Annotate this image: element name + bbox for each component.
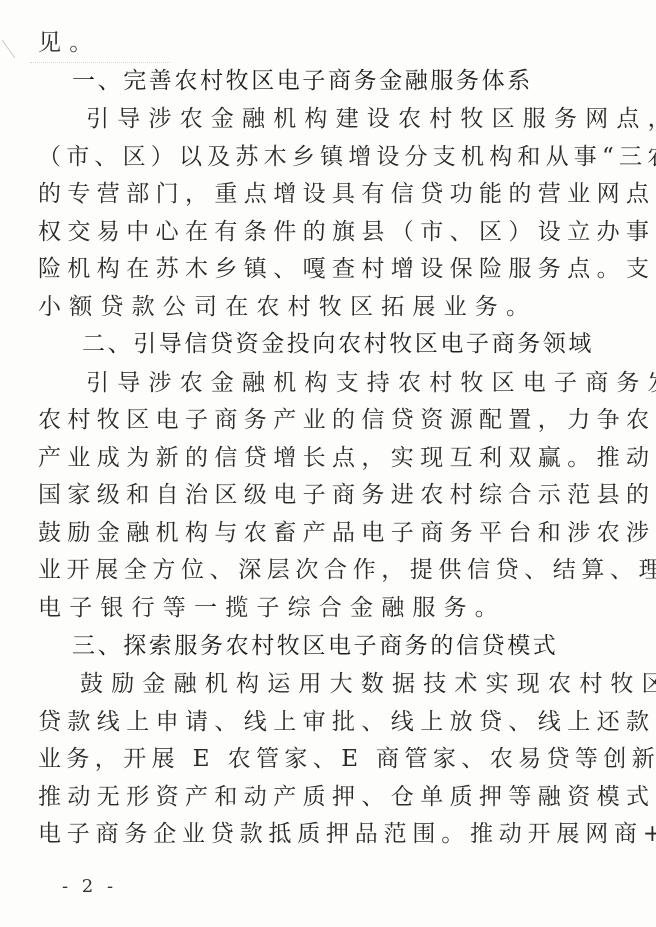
section-heading-3: 三、探索服务农村牧区电子商务的信贷模式 — [72, 631, 558, 661]
paragraph-line: 业开展全方位、深层次合作，提供信贷、结算、理财、POS 收单、 — [38, 555, 638, 585]
paragraph-line: 鼓励金融机构运用大数据技术实现农村牧区电子商务企业 — [80, 669, 632, 699]
paragraph-line: 电子银行等一揽子综合金融服务。 — [38, 593, 638, 623]
paragraph-line: 鼓励金融机构与农畜产品电子商务平台和涉农涉牧电子商务企 — [38, 518, 638, 548]
paragraph-line: 贷款线上申请、线上审批、线上放贷、线上还款，拓展信用贷款 — [38, 707, 638, 737]
paragraph-line: （市、区）以及苏木乡镇增设分支机构和从事“三农三牧”服务 — [38, 142, 638, 172]
paragraph-line: 引导涉农金融机构支持农村牧区电子商务发展，逐步加大对 — [86, 368, 638, 398]
page-number: - 2 - — [62, 875, 117, 899]
paragraph-line: 权交易中心在有条件的旗县（市、区）设立办事处。加快推进保 — [38, 217, 638, 247]
scan-artifact-line — [30, 62, 170, 63]
paragraph-line: 农村牧区电子商务产业的信贷资源配置，力争农村牧区电子商务 — [38, 405, 638, 435]
continuation-text: 见。 — [38, 28, 638, 58]
paragraph-line: 国家级和自治区级电子商务进农村综合示范县的金融服务力度。 — [38, 480, 638, 510]
paragraph-line: 小额贷款公司在农村牧区拓展业务。 — [38, 292, 638, 322]
paragraph-line: 的专营部门，重点增设具有信贷功能的营业网点。支持内蒙古股 — [38, 179, 638, 209]
paragraph-line: 引导涉农金融机构建设农村牧区服务网点，在有条件的旗县 — [86, 104, 638, 134]
paragraph-line: 电子商务企业贷款抵质押品范围。推动开展网商+平台、网商+实 — [38, 819, 638, 849]
paragraph-line: 业务，开展 E 农管家、E 商管家、农易贷等创新金融产品，积极 — [38, 744, 638, 774]
scan-artifact-mark — [2, 40, 15, 59]
paragraph-line: 险机构在苏木乡镇、嘎查村增设保险服务点。支持融资担保公司、 — [38, 254, 638, 284]
section-heading-2: 二、引导信贷资金投向农村牧区电子商务领域 — [82, 329, 594, 359]
document-page: 见。 一、完善农村牧区电子商务金融服务体系 引导涉农金融机构建设农村牧区服务网点… — [0, 0, 656, 927]
paragraph-line: 推动无形资产和动产质押、仓单质押等融资模式，扩大涉农涉牧 — [38, 782, 638, 812]
paragraph-line: 产业成为新的信贷增长点，实现互利双赢。推动金融机构加大对 — [38, 443, 638, 473]
section-heading-1: 一、完善农村牧区电子商务金融服务体系 — [72, 66, 533, 96]
